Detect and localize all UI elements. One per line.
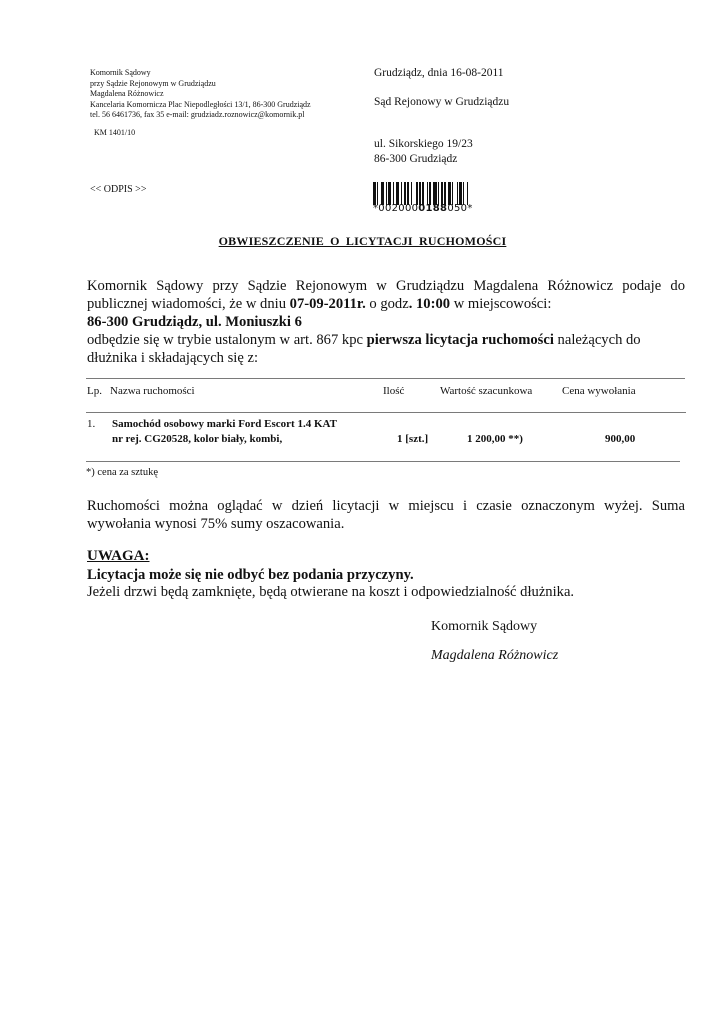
sender-block: Komornik Sądowy przy Sądzie Rejonowym w … bbox=[90, 68, 311, 121]
row-name-line-2: nr rej. CG20528, kolor biały, kombi, bbox=[112, 433, 282, 445]
row-value: 1 200,00 **) bbox=[467, 433, 523, 445]
barcode bbox=[373, 182, 503, 205]
auction-date: 07-09-2011r. bbox=[290, 296, 366, 312]
sender-line: tel. 56 6461736, fax 35 e-mail: grudziad… bbox=[90, 110, 311, 121]
recipient-city: 86-300 Grudziądz bbox=[374, 153, 457, 165]
intro-line-4: odbędzie się w trybie ustalonym w art. 8… bbox=[87, 331, 685, 349]
notice-line: Jeżeli drzwi będą zamknięte, będą otwier… bbox=[87, 583, 685, 601]
recipient-street: ul. Sikorskiego 19/23 bbox=[374, 138, 473, 150]
header-price: Cena wywołania bbox=[562, 385, 636, 397]
header-value: Wartość szacunkowa bbox=[440, 385, 532, 397]
notice-heading: UWAGA: bbox=[87, 548, 150, 565]
row-lp: 1. bbox=[87, 418, 95, 430]
signature-title: Komornik Sądowy bbox=[431, 619, 537, 635]
document-title: OBWIESZCZENIE O LICYTACJI RUCHOMOŚCI bbox=[0, 234, 725, 249]
inspection-line-1: Ruchomości można oglądać w dzień licytac… bbox=[87, 497, 685, 515]
copy-mark: << ODPIS >> bbox=[90, 184, 146, 195]
intro-text: odbędzie się w trybie ustalonym w art. 8… bbox=[87, 332, 367, 348]
signature-name: Magdalena Różnowicz bbox=[431, 648, 558, 664]
intro-text: w miejscowości: bbox=[450, 296, 551, 312]
sender-line: Kancelaria Komornicza Plac Niepodległośc… bbox=[90, 100, 311, 111]
sender-line: przy Sądzie Rejonowym w Grudziądzu bbox=[90, 79, 311, 90]
recipient-name: Sąd Rejonowy w Grudziądzu bbox=[374, 96, 509, 108]
place-date: Grudziądz, dnia 16-08-2011 bbox=[374, 67, 504, 79]
notice-bold-line: Licytacja może się nie odbyć bez podania… bbox=[87, 566, 685, 584]
intro-text: o godz bbox=[366, 296, 409, 312]
row-name-line-1: Samochód osobowy marki Ford Escort 1.4 K… bbox=[112, 418, 337, 430]
intro-text: publicznej wiadomości, że w dniu bbox=[87, 296, 290, 312]
intro-line-2: publicznej wiadomości, że w dniu 07-09-2… bbox=[87, 295, 685, 313]
table-rule-header bbox=[86, 412, 686, 413]
table-rule-bottom bbox=[86, 461, 680, 462]
auction-address: 86-300 Grudziądz, ul. Moniuszki 6 bbox=[87, 313, 685, 331]
sender-line: Komornik Sądowy bbox=[90, 68, 311, 79]
intro-text: należących do bbox=[554, 332, 641, 348]
sender-line: Magdalena Różnowicz bbox=[90, 89, 311, 100]
header-name: Nazwa ruchomości bbox=[110, 385, 195, 397]
row-price: 900,00 bbox=[605, 433, 635, 445]
auction-time: . 10:00 bbox=[409, 296, 450, 312]
header-qty: Ilość bbox=[383, 385, 404, 397]
case-number: KM 1401/10 bbox=[94, 128, 135, 137]
barcode-text-prefix: *002000 bbox=[373, 203, 418, 214]
inspection-line-2: wywołania wynosi 75% sumy oszacowania. bbox=[87, 515, 685, 533]
barcode-text-suffix: 050* bbox=[447, 203, 472, 214]
row-qty: 1 [szt.] bbox=[397, 433, 428, 445]
barcode-text-bold: 0188 bbox=[418, 203, 447, 214]
intro-line-1: Komornik Sądowy przy Sądzie Rejonowym w … bbox=[87, 277, 685, 295]
auction-type: pierwsza licytacja ruchomości bbox=[367, 332, 554, 348]
barcode-text: *0020000188050* bbox=[373, 203, 503, 214]
table-rule-top bbox=[86, 378, 685, 379]
header-lp: Lp. bbox=[87, 385, 102, 397]
intro-line-5: dłużnika i składających się z: bbox=[87, 349, 685, 367]
table-footnote: *) cena za sztukę bbox=[86, 467, 158, 478]
